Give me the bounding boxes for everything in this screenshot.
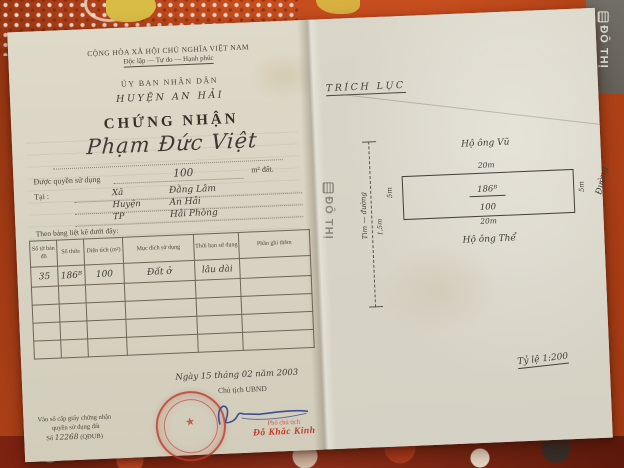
- cell-parcel-no: 186ᴮ: [58, 265, 86, 286]
- scale-note: Tỷ lệ 1:200: [517, 352, 569, 370]
- cell-map-sheet: 35: [31, 266, 59, 287]
- col-map-sheet: Số tờ bản đồ: [30, 240, 58, 267]
- north-neighbor-label: Hộ ông Vũ: [400, 135, 570, 152]
- location-value: Hải Phòng: [170, 208, 218, 220]
- registry-number-label: Số: [46, 435, 53, 442]
- dothi-logo-icon: [598, 11, 609, 22]
- cell-area: 100: [85, 263, 125, 285]
- photo-of-land-certificate: ĐÔ THỊ ĐÔ THỊ CỘNG HÒA XÃ HỘI CHỦ NGHĨA …: [0, 0, 624, 468]
- location-level: Huyện: [112, 199, 141, 210]
- watermark-text: ĐÔ THỊ: [597, 25, 609, 68]
- document: CỘNG HÒA XÃ HỘI CHỦ NGHĨA VIỆT NAM Độc l…: [7, 8, 612, 462]
- watermark-text: ĐÔ THỊ: [323, 196, 335, 239]
- issue-date: Ngày 15 tháng 02 năm 2003: [162, 367, 312, 383]
- location-value: Đằng Lâm: [169, 184, 216, 196]
- page-left: CỘNG HÒA XÃ HỘI CHỦ NGHĨA VIỆT NAM Độc l…: [7, 20, 325, 462]
- parcel-id-fraction: 186ᴮ 100: [457, 177, 518, 215]
- location-value: An Hải: [169, 197, 201, 208]
- parcel-number: 186ᴮ: [469, 184, 506, 198]
- parcel-area: 100: [480, 202, 497, 213]
- dothi-watermark: ĐÔ THỊ: [323, 182, 335, 239]
- registry-note: Vào sổ cấp giấy chứng nhận quyền sử dụng…: [37, 410, 164, 443]
- cell-duration: lâu dài: [194, 258, 240, 280]
- parcel-sketch: Tim — đường 1,5m Hộ ông Vũ 20m 186ᴮ 100 …: [338, 118, 606, 279]
- registry-number-value: 12268: [55, 432, 79, 442]
- extract-title: TRÍCH LỤC: [326, 80, 406, 96]
- col-purpose: Mục đích sử dụng: [122, 234, 194, 263]
- col-duration: Thời hạn sử dụng: [193, 232, 239, 260]
- registry-number-suffix: (QĐUB): [80, 433, 103, 441]
- col-parcel-no: Số thửa: [56, 239, 84, 266]
- dothi-logo-icon: [323, 182, 334, 193]
- usage-unit: m² đất.: [251, 164, 274, 174]
- south-neighbor-label: Hộ ông Thể: [404, 231, 574, 248]
- col-area: Diện tích (m²): [83, 237, 123, 265]
- location-label: Tại :: [34, 192, 49, 202]
- page-right: TRÍCH LỤC Tim — đường 1,5m Hộ ông Vũ 20m…: [307, 8, 613, 450]
- usage-area-value: 100: [153, 166, 213, 181]
- location-level: TP: [113, 212, 125, 222]
- offset-dimension: 1,5m: [376, 219, 385, 236]
- location-level: Xã: [112, 188, 124, 198]
- right-dimension: 5m: [578, 181, 586, 192]
- left-dimension: 5m: [386, 187, 394, 198]
- parcel-table: Số tờ bản đồ Số thửa Diện tích (m²) Mục …: [29, 229, 315, 360]
- dothi-watermark: ĐÔ THỊ: [597, 11, 609, 68]
- col-notes: Phần ghi thêm: [238, 230, 310, 259]
- centerline-label: Tim — đường: [358, 171, 370, 261]
